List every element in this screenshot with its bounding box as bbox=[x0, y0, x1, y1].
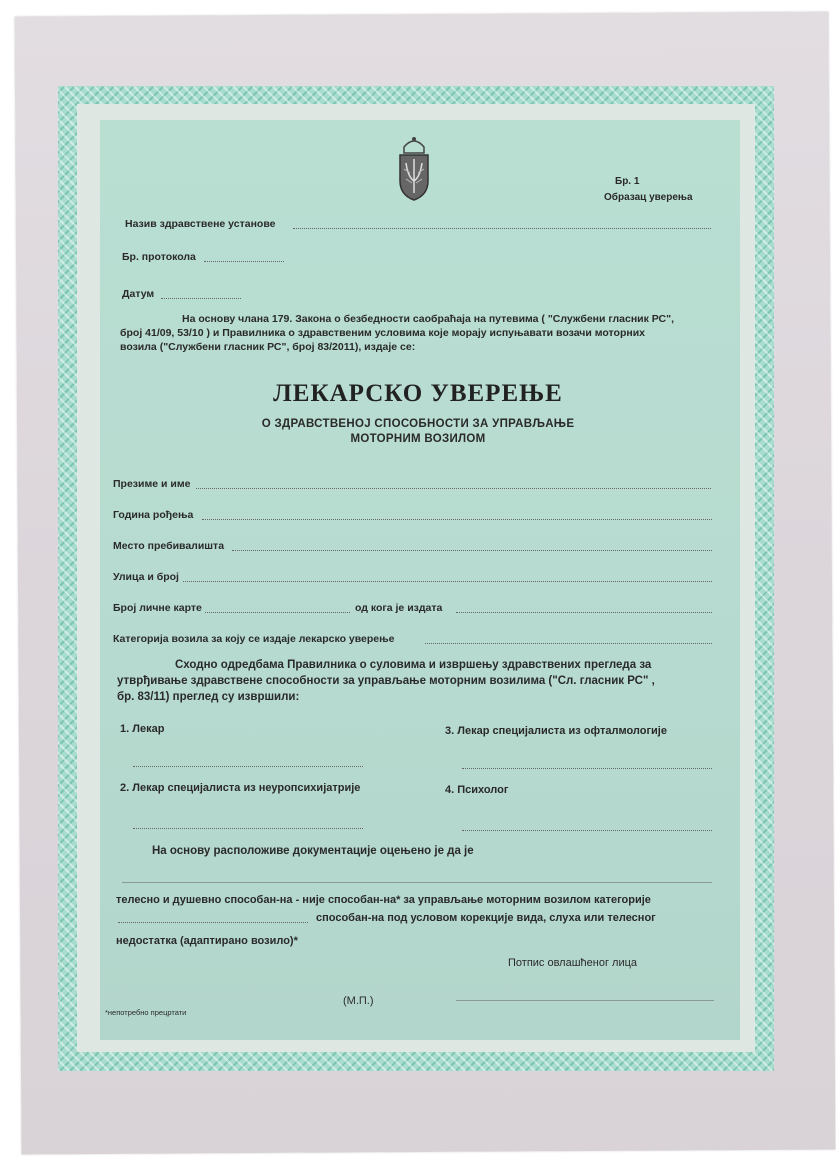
assessment-field[interactable] bbox=[122, 882, 712, 883]
exam-line-1: Сходно одредбама Правилника о суловима и… bbox=[117, 657, 727, 673]
document-subtitle-2: МОТОРНИМ ВОЗИЛОМ bbox=[0, 433, 836, 445]
issued-by-field[interactable] bbox=[456, 612, 712, 613]
examiner-3-signature-field[interactable] bbox=[462, 768, 712, 769]
document-subtitle-1: О ЗДРАВСТВЕНОЈ СПОСОБНОСТИ ЗА УПРАВЉАЊЕ bbox=[0, 418, 836, 430]
id-card-field[interactable] bbox=[205, 612, 350, 613]
assessment-line-1: телесно и душевно способан-на - није спо… bbox=[116, 894, 651, 906]
date-label: Датум bbox=[122, 288, 154, 300]
examiner-1-label: 1. Лекар bbox=[120, 723, 164, 735]
examiner-2-label: 2. Лекар специјалиста из неуропсихијатри… bbox=[120, 782, 360, 794]
vehicle-category-label: Категорија возила за коју се издаје лека… bbox=[113, 633, 395, 645]
category-field[interactable] bbox=[118, 922, 308, 923]
examiner-2-signature-field[interactable] bbox=[133, 828, 363, 829]
institution-label: Назив здравствене установе bbox=[125, 218, 275, 230]
exam-paragraph: Сходно одредбама Правилника о суловима и… bbox=[117, 657, 727, 705]
intro-line-2: број 41/09, 53/10 ) и Правилника о здрав… bbox=[120, 326, 720, 340]
residence-field[interactable] bbox=[232, 550, 712, 551]
examiner-3-label: 3. Лекар специјалиста из офталмологије bbox=[445, 725, 667, 737]
name-field[interactable] bbox=[196, 488, 711, 489]
street-label: Улица и број bbox=[113, 571, 179, 583]
examiner-4-signature-field[interactable] bbox=[462, 830, 712, 831]
residence-label: Место пребивалишта bbox=[113, 540, 224, 552]
intro-line-3: возила ("Службени гласник РС", број 83/2… bbox=[120, 340, 720, 354]
authorized-signature-field[interactable] bbox=[456, 1000, 714, 1001]
date-field[interactable] bbox=[161, 298, 241, 299]
name-label: Презиме и име bbox=[113, 478, 190, 490]
examiner-4-label: 4. Психолог bbox=[445, 784, 508, 796]
assessment-line-3: недостатка (адаптирано возило)* bbox=[116, 935, 298, 947]
exam-line-2: утврђивање здравствене способности за уп… bbox=[117, 673, 727, 689]
intro-line-1: На основу члана 179. Закона о безбедност… bbox=[120, 312, 720, 326]
street-field[interactable] bbox=[183, 581, 712, 582]
id-card-label: Број личне карте bbox=[113, 602, 202, 614]
protocol-field[interactable] bbox=[204, 261, 284, 262]
signature-label: Потпис овлашћеног лица bbox=[508, 957, 637, 969]
assessment-intro: На основу расположиве документације оцењ… bbox=[152, 845, 474, 857]
form-number: Бр. 1 bbox=[615, 176, 639, 187]
serbian-coat-of-arms-icon bbox=[394, 133, 434, 203]
assessment-line-2: способан-на под условом корекције вида, … bbox=[316, 912, 656, 924]
vehicle-category-field[interactable] bbox=[425, 643, 712, 644]
birth-year-field[interactable] bbox=[202, 519, 712, 520]
examiner-1-signature-field[interactable] bbox=[133, 766, 363, 767]
birth-year-label: Година рођења bbox=[113, 509, 193, 521]
protocol-label: Бр. протокола bbox=[122, 251, 196, 263]
issued-by-label: од кога је издата bbox=[355, 602, 442, 614]
document-title: ЛЕКАРСКО УВЕРЕЊЕ bbox=[0, 380, 836, 408]
stamp-label: (М.П.) bbox=[343, 995, 374, 1007]
exam-line-3: бр. 83/11) преглед су извршили: bbox=[117, 689, 727, 705]
intro-paragraph: На основу члана 179. Закона о безбедност… bbox=[120, 312, 720, 354]
footnote: *непотребно прецртати bbox=[105, 1008, 186, 1017]
institution-field[interactable] bbox=[293, 228, 711, 229]
form-type-label: Образац уверења bbox=[604, 192, 693, 203]
